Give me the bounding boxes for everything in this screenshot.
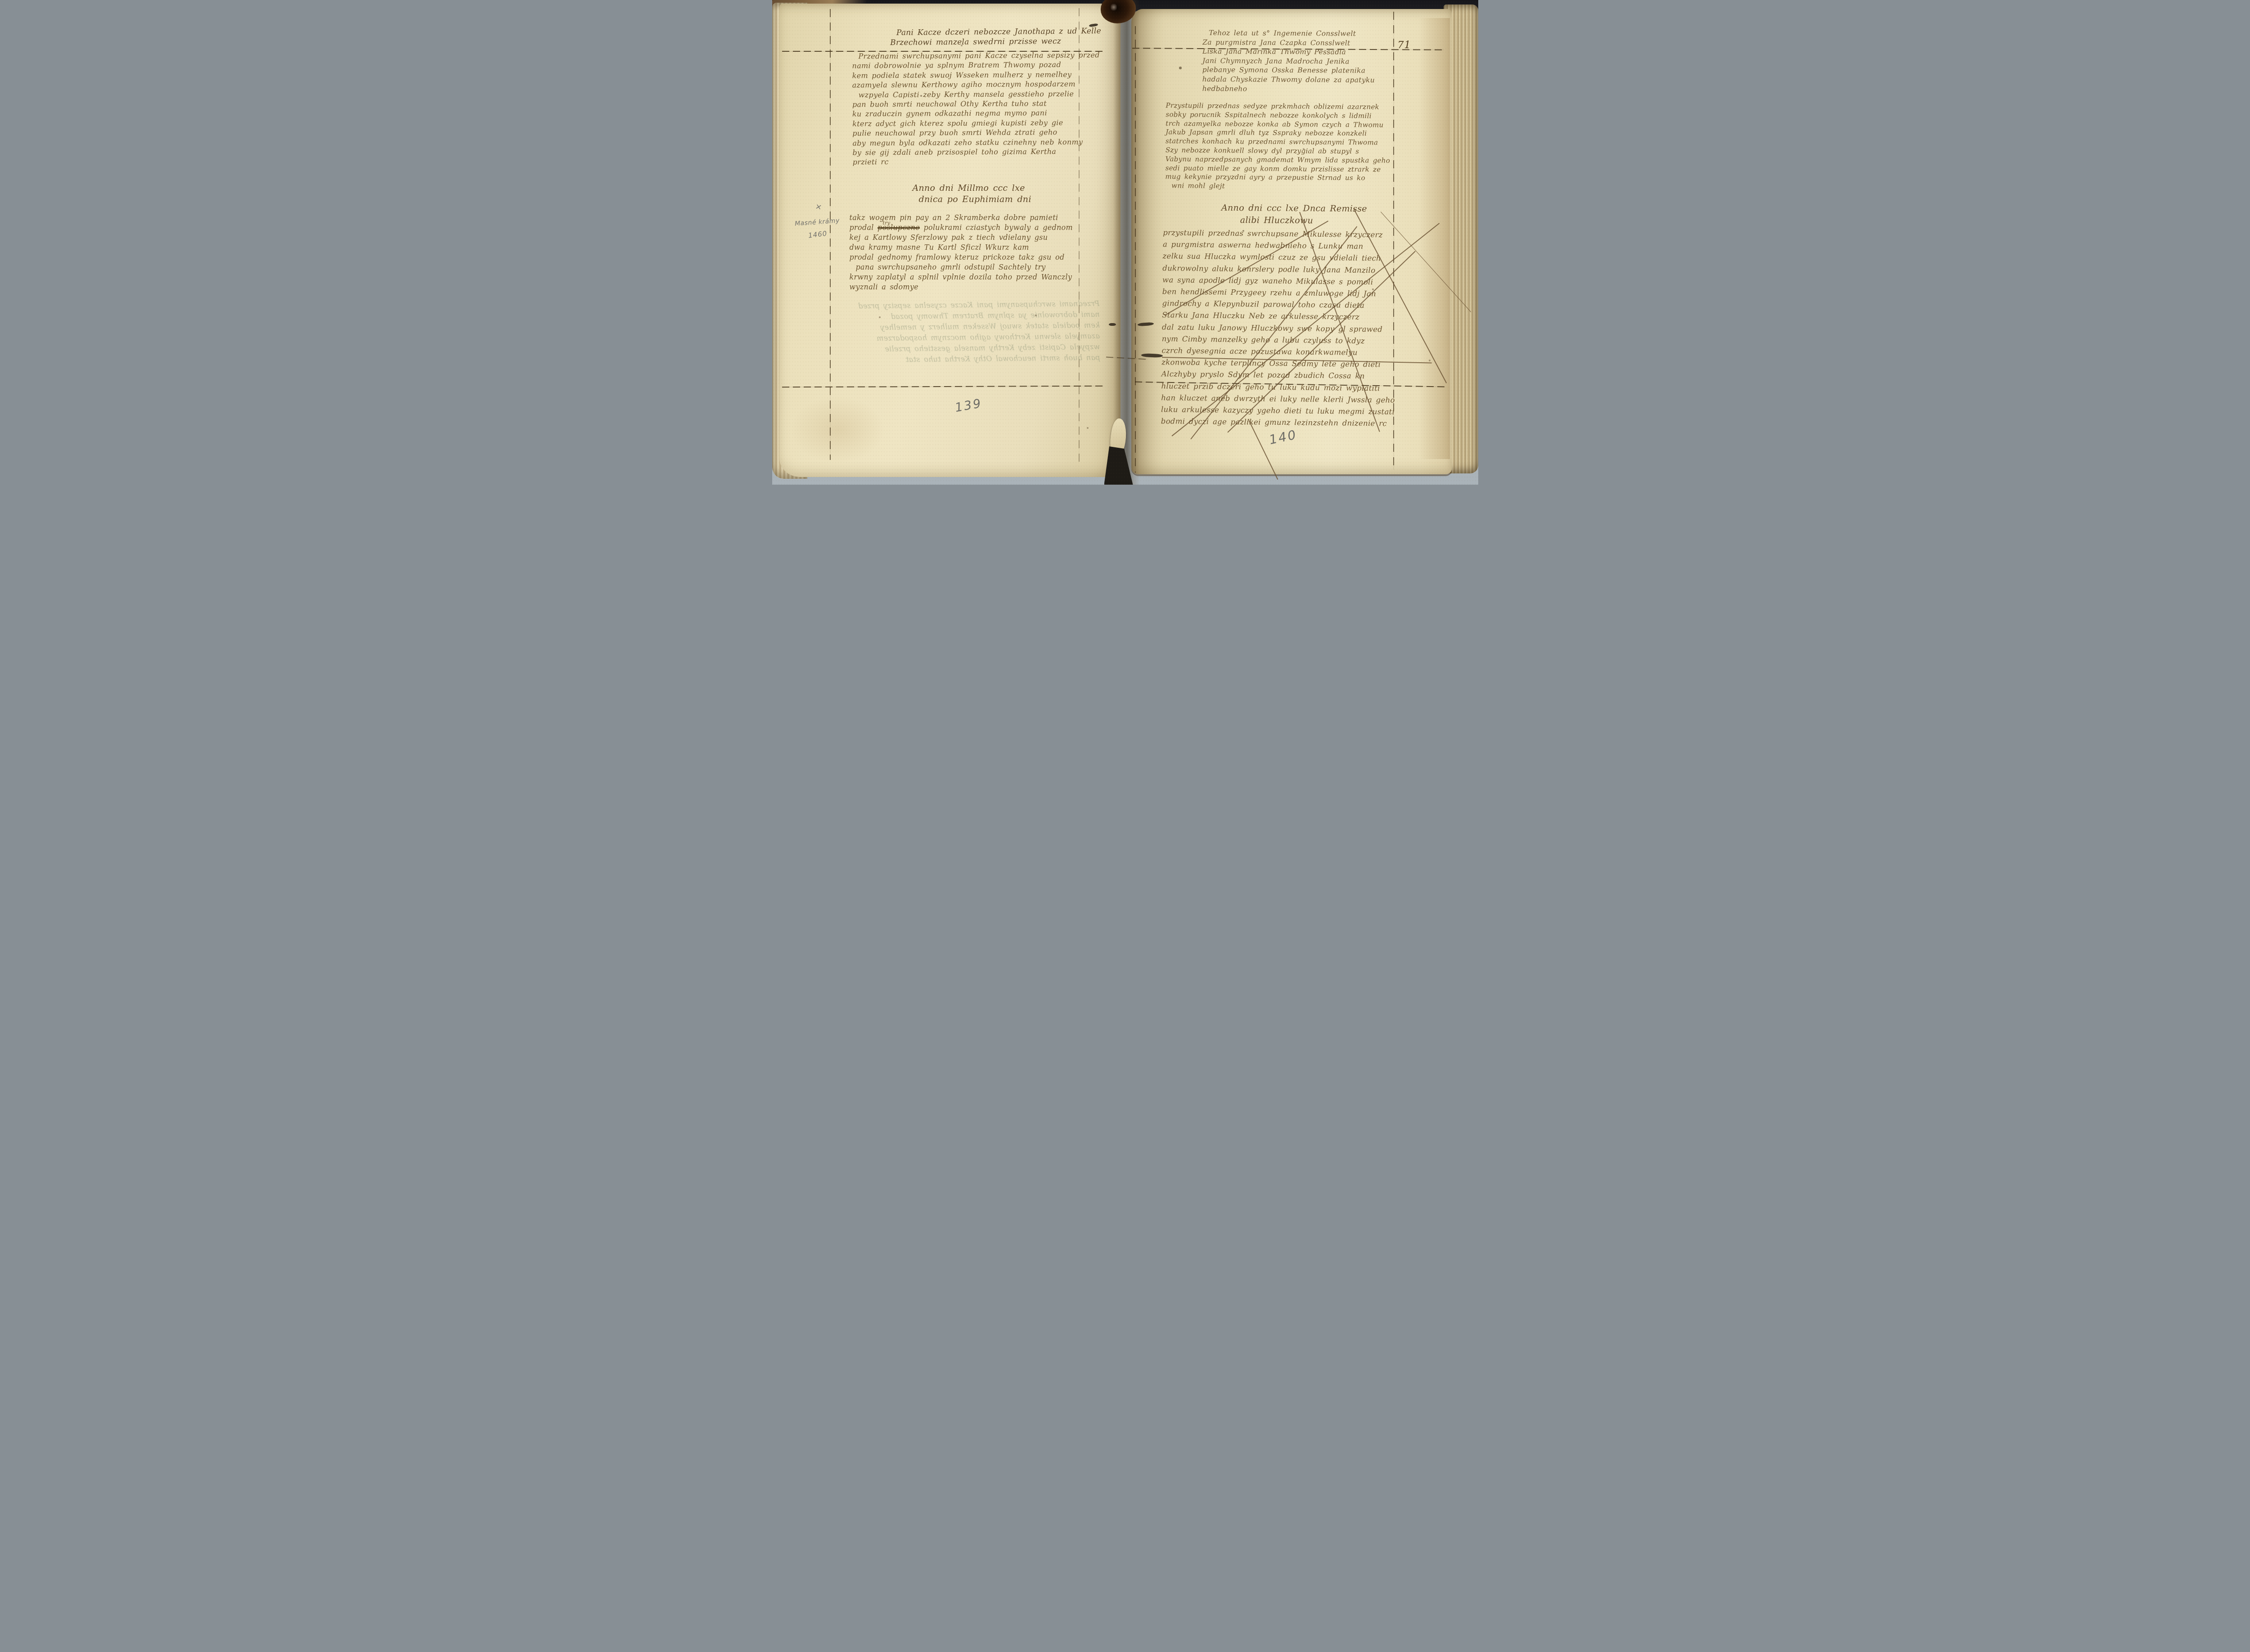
book-scan: Przednami swrchupsanymi pani Kacze czyse…	[772, 0, 1478, 485]
paper-texture-overlay	[772, 0, 1478, 485]
